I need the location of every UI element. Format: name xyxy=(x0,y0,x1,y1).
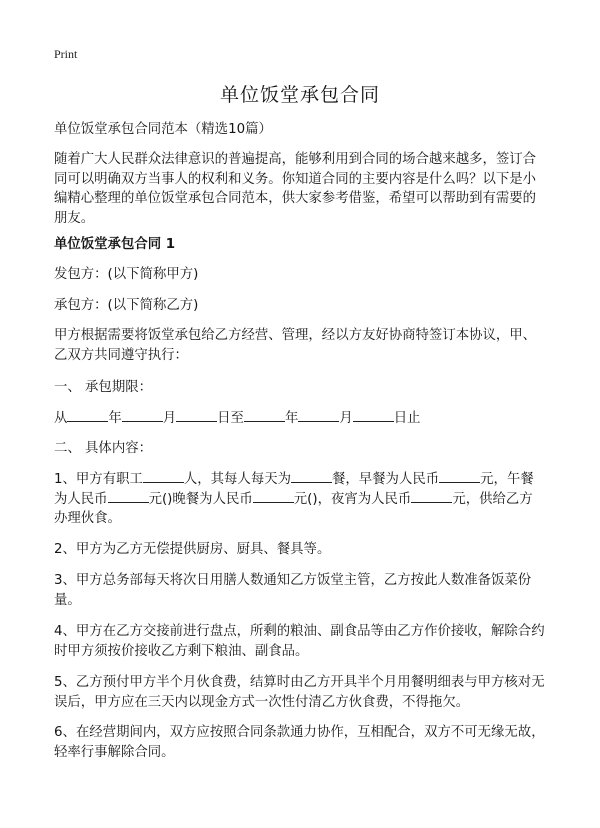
item-1-text-f: 元()，夜宵为人民币 xyxy=(294,492,412,507)
item-3: 3、甲方总务部每天将次日用膳人数通知乙方饭堂主管，乙方按此人数准备饭菜份量。 xyxy=(54,571,546,610)
item-6: 6、在经营期间内，双方应按照合同条款通力协作，互相配合，双方不可无缘无故，轻率行… xyxy=(54,723,546,762)
print-label: Print xyxy=(54,47,77,62)
document-title: 单位饭堂承包合同 xyxy=(0,80,600,107)
intro-paragraph: 随着广大人民群众法律意识的普遍提高，能够利用到合同的场合越来越多，签订合同可以明… xyxy=(54,150,546,228)
item-5: 5、乙方预付甲方半个月伙食费，结算时由乙方开具半个月用餐明细表与甲方核对无误后，… xyxy=(54,673,546,712)
term-month-2: 月 xyxy=(339,411,352,426)
item-1-text-b: 人，其每人每天为 xyxy=(184,472,291,487)
blank-late-snack-price xyxy=(411,490,452,503)
term-line: 从年月日至年月日止 xyxy=(54,409,546,429)
item-1-text-e: 元()晚餐为人民币 xyxy=(149,492,253,507)
blank-year-start xyxy=(67,409,108,422)
term-year-1: 年 xyxy=(108,411,121,426)
blank-year-end xyxy=(244,409,285,422)
blank-month-end xyxy=(298,409,339,422)
term-day-end: 日止 xyxy=(394,411,421,426)
section-1-title: 一、 承包期限： xyxy=(54,378,546,398)
item-4: 4、甲方在乙方交接前进行盘点，所剩的粮油、副食品等由乙方作价接收，解除合约时甲方… xyxy=(54,622,546,661)
item-1-text-c: 餐，早餐为人民币 xyxy=(332,472,439,487)
term-day-to: 日至 xyxy=(217,411,244,426)
blank-day-end xyxy=(353,409,394,422)
blank-month-start xyxy=(122,409,163,422)
preamble-paragraph: 甲方根据需要将饭堂承包给乙方经营、管理，经以方友好协商特签订本协议，甲、乙双方共… xyxy=(54,326,546,365)
blank-breakfast-price xyxy=(439,470,480,483)
contract-heading: 单位饭堂承包合同 1 xyxy=(54,235,546,255)
item-2: 2、甲方为乙方无偿提供厨房、厨具、餐具等。 xyxy=(54,540,546,560)
document-subtitle: 单位饭堂承包合同范本（精选10篇） xyxy=(54,120,546,140)
section-2-title: 二、 具体内容： xyxy=(54,439,546,459)
blank-day-start xyxy=(176,409,217,422)
term-from: 从 xyxy=(54,411,67,426)
item-1-text-a: 1、甲方有职工 xyxy=(54,472,143,487)
term-month-1: 月 xyxy=(163,411,176,426)
party-b-line: 承包方：(以下简称乙方) xyxy=(54,296,546,316)
item-1: 1、甲方有职工人，其每人每天为餐，早餐为人民币元，午餐为人民币元()晚餐为人民币… xyxy=(54,470,546,529)
term-year-2: 年 xyxy=(285,411,298,426)
blank-dinner-price xyxy=(253,490,294,503)
party-a-line: 发包方：(以下简称甲方) xyxy=(54,265,546,285)
blank-meals-per-day xyxy=(291,470,332,483)
blank-staff-count xyxy=(143,470,184,483)
blank-lunch-price xyxy=(108,490,149,503)
